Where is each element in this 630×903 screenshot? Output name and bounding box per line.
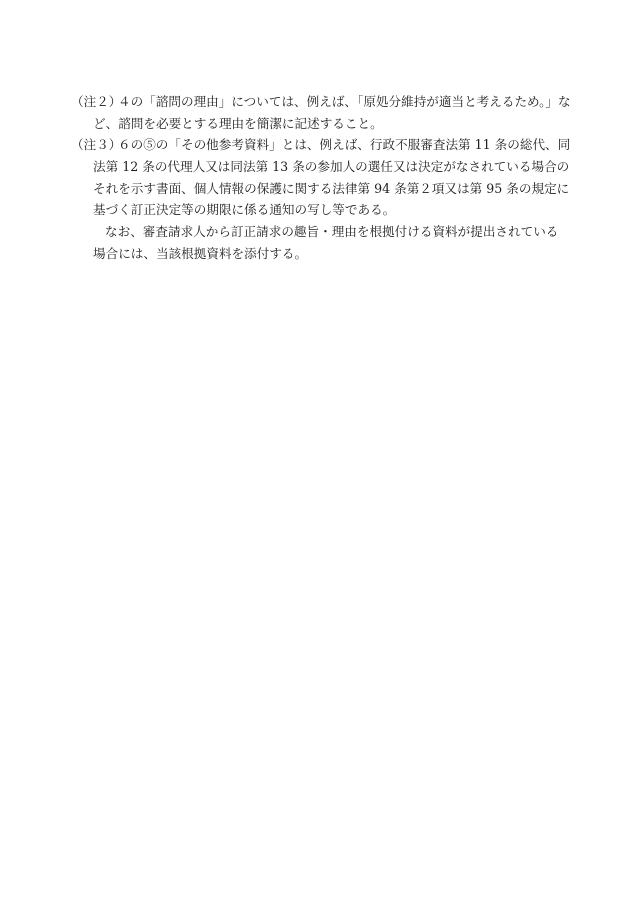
note-2: （注２） ４の「諮問の理由」については、例えば、「原処分維持が適当と考えるため。… [0, 91, 630, 134]
note-line: 場合には、当該根拠資料を添付する。 [93, 243, 630, 265]
note-line-text: ６の⑤の「その他参考資料」とは、例えば、行政不服審査法第 11 条の総代、同 [118, 137, 570, 152]
note-line: （注２） ４の「諮問の理由」については、例えば、「原処分維持が適当と考えるため。… [118, 91, 630, 113]
note-line: 基づく訂正決定等の期限に係る通知の写し等である。 [93, 199, 630, 221]
note-line: 法第 12 条の代理人又は同法第 13 条の参加人の選任又は決定がなされている場… [93, 156, 630, 178]
note-line: （注３） ６の⑤の「その他参考資料」とは、例えば、行政不服審査法第 11 条の総… [118, 134, 630, 156]
notes-block: （注２） ４の「諮問の理由」については、例えば、「原処分維持が適当と考えるため。… [0, 91, 630, 265]
note-line-text: ４の「諮問の理由」については、例えば、「原処分維持が適当と考えるため。」な [118, 94, 571, 109]
note-3: （注３） ６の⑤の「その他参考資料」とは、例えば、行政不服審査法第 11 条の総… [0, 134, 630, 264]
note-line: ど、諮問を必要とする理由を簡潔に記述すること。 [93, 113, 630, 135]
note-line: なお、審査請求人から訂正請求の趣旨・理由を根拠付ける資料が提出されている [105, 221, 630, 243]
note-line: それを示す書面、個人情報の保護に関する法律第 94 条第２項又は第 95 条の規… [93, 178, 630, 200]
note-3-label: （注３） [71, 134, 121, 156]
document-page: （注２） ４の「諮問の理由」については、例えば、「原処分維持が適当と考えるため。… [0, 0, 630, 903]
note-2-label: （注２） [71, 91, 121, 113]
